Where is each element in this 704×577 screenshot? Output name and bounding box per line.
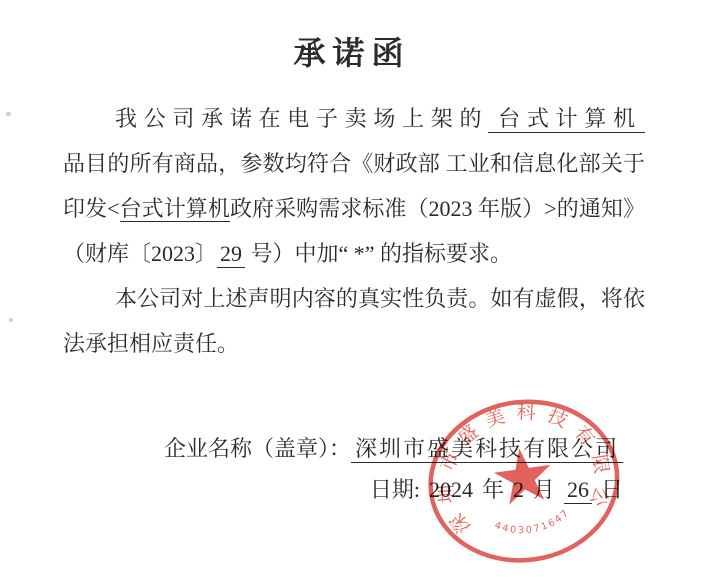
body-text: 本公司对上述声明内容的真实性负责。如有虚假，将依 (115, 286, 645, 311)
underlined-blank-category: 台式计算机 (488, 106, 645, 133)
body-line-4: （财库〔2023〕29 号）中加“ *” 的指标要求。 (63, 231, 645, 276)
body-line-6: 法承担相应责任。 (63, 321, 645, 366)
body-text: 政府采购需求标准（2023 年版）>的通知》 (230, 196, 645, 221)
date-year-unit: 年 (482, 477, 504, 502)
body-text: （财库〔2023〕 (63, 241, 217, 266)
body-text: 法承担相应责任。 (63, 331, 239, 356)
underlined-date-day: 26 (564, 477, 592, 504)
scan-artifact (9, 318, 13, 322)
underlined-standard-name: 台式计算机 (120, 196, 230, 222)
body-line-1: 我公司承诺在电子卖场上架的台式计算机 (63, 96, 645, 141)
underlined-company-name: 深圳市盛美科技有限公司 (351, 436, 623, 463)
body-line-2: 品目的所有商品，参数均符合《财政部 工业和信息化部关于 (63, 141, 645, 186)
date-day-unit: 日 (601, 477, 623, 502)
underlined-doc-number: 29 (217, 241, 245, 268)
date-month-unit: 月 (533, 477, 555, 502)
date-year: 2024 (429, 477, 473, 502)
company-name-label: 企业名称（盖章）： (164, 436, 351, 461)
signature-block: 企业名称（盖章）：深圳市盛美科技有限公司 日期:2024年2月26日 (0, 428, 623, 510)
date-month: 2 (513, 477, 524, 502)
document-title: 承诺函 (0, 28, 704, 74)
scan-artifact (6, 112, 11, 116)
document-body: 我公司承诺在电子卖场上架的台式计算机 品目的所有商品，参数均符合《财政部 工业和… (63, 96, 645, 366)
company-name-line: 企业名称（盖章）：深圳市盛美科技有限公司 (0, 428, 623, 469)
body-text: 品目的所有商品，参数均符合《财政部 工业和信息化部关于 (63, 151, 645, 176)
body-text: 号）中加“ *” 的指标要求。 (245, 241, 512, 266)
date-label: 日期: (370, 477, 420, 502)
body-line-5: 本公司对上述声明内容的真实性负责。如有虚假，将依 (63, 276, 645, 321)
date-line: 日期:2024年2月26日 (0, 469, 623, 510)
body-text: 我公司承诺在电子卖场上架的 (115, 106, 488, 131)
scanned-document-page: 承诺函 我公司承诺在电子卖场上架的台式计算机 品目的所有商品，参数均符合《财政部… (0, 0, 704, 577)
body-text: 印发< (63, 196, 120, 221)
body-line-3: 印发<台式计算机政府采购需求标准（2023 年版）>的通知》 (63, 186, 645, 231)
